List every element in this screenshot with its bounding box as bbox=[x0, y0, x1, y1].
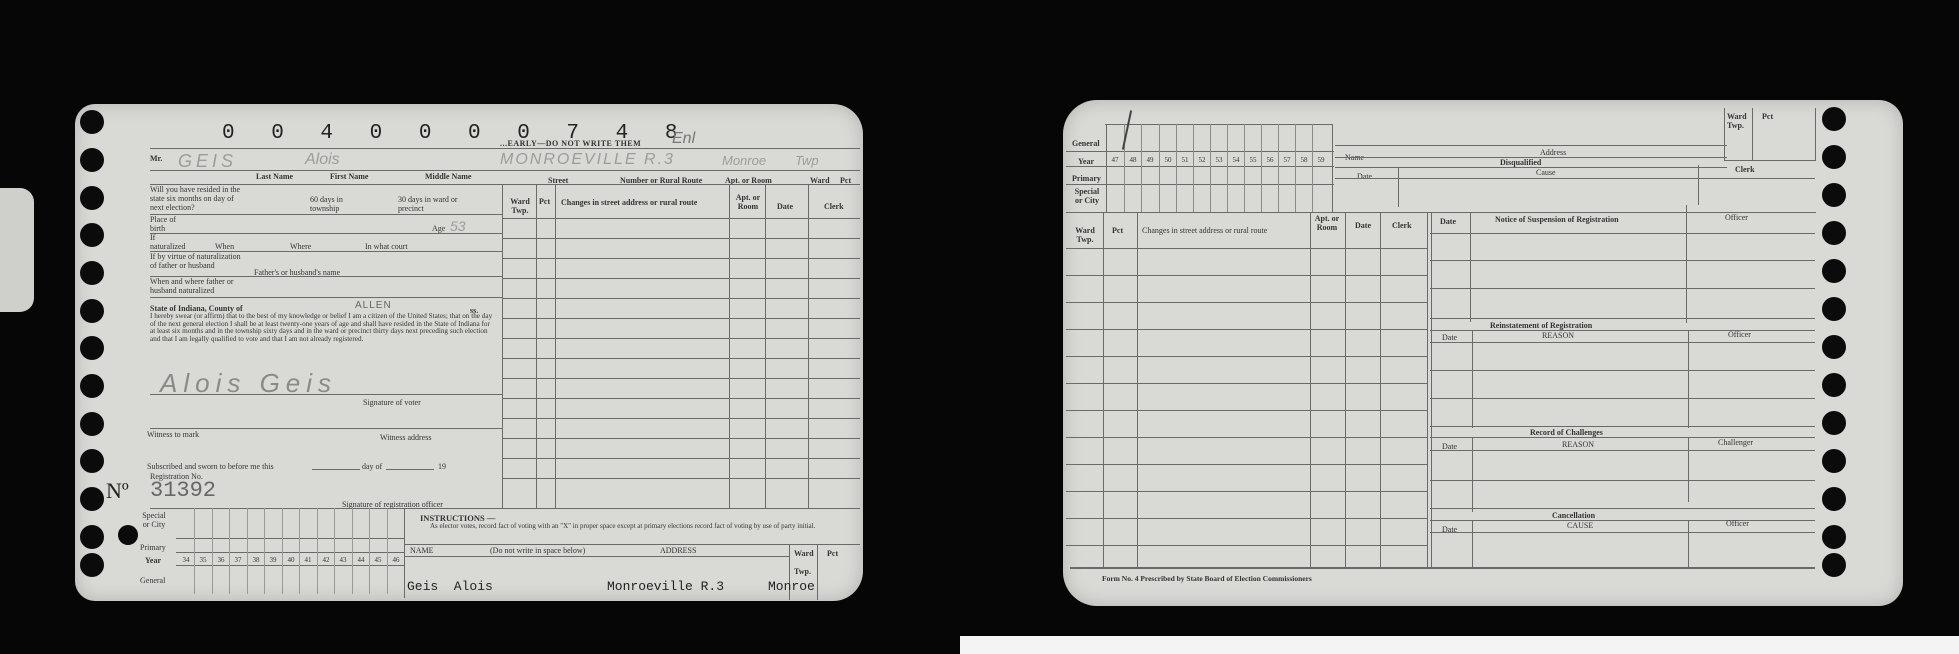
back-grid-label-special: Special or City bbox=[1072, 187, 1102, 205]
oath-text: I hereby swear (or affirm) that to the b… bbox=[150, 313, 495, 343]
punch-hole bbox=[80, 261, 104, 285]
punch-hole bbox=[1822, 297, 1846, 321]
grid-label-general: General bbox=[140, 576, 165, 585]
changes-header-ward: Ward Twp. bbox=[506, 197, 534, 215]
challenges-header-reason: REASON bbox=[1562, 440, 1594, 449]
rule bbox=[1345, 212, 1346, 567]
rule bbox=[1430, 318, 1815, 319]
naturalized-label: If naturalized bbox=[150, 233, 190, 251]
rule bbox=[502, 278, 860, 279]
day-of-label: day of bbox=[362, 462, 382, 471]
year-cell: 46 bbox=[388, 556, 404, 564]
rule bbox=[334, 508, 335, 594]
back-date-label: Date bbox=[1357, 172, 1372, 181]
instructions-text: As elector votes, record fact of voting … bbox=[430, 523, 840, 531]
punch-hole bbox=[80, 186, 104, 210]
typed-name: Geis Alois bbox=[407, 579, 493, 594]
rule bbox=[150, 214, 502, 215]
year-cell: 58 bbox=[1296, 156, 1312, 164]
grid-label-primary: Primary bbox=[140, 543, 166, 552]
punch-hole bbox=[1822, 335, 1846, 359]
rule bbox=[1470, 212, 1471, 322]
rule bbox=[386, 469, 434, 470]
back-disqualified-label: Disqualified bbox=[1500, 158, 1541, 167]
handwritten-note: Enl bbox=[672, 130, 695, 148]
reinstatement-header-officer: Officer bbox=[1728, 330, 1751, 339]
rule bbox=[150, 148, 860, 149]
rule bbox=[502, 318, 860, 319]
year-cell: 34 bbox=[178, 556, 194, 564]
back-clerk-label: Clerk bbox=[1735, 165, 1755, 174]
dark-strip bbox=[960, 636, 1959, 654]
back-cause-label: Cause bbox=[1536, 168, 1556, 177]
witness-address-label: Witness address bbox=[380, 433, 431, 442]
grid-label-special: Special or City bbox=[140, 511, 168, 529]
back-changes-header-clerk: Clerk bbox=[1392, 221, 1412, 230]
back-grid-label-primary: Primary bbox=[1072, 174, 1101, 183]
back-changes-header-apt: Apt. or Room bbox=[1312, 214, 1342, 232]
rule bbox=[502, 238, 860, 239]
rule bbox=[150, 297, 502, 298]
rule bbox=[1472, 437, 1473, 512]
rule bbox=[1688, 330, 1689, 428]
rule bbox=[1472, 330, 1473, 428]
punch-hole bbox=[1822, 487, 1846, 511]
rule bbox=[808, 184, 809, 508]
rule bbox=[282, 508, 283, 594]
reinstatement-title: Reinstatement of Registration bbox=[1490, 321, 1592, 330]
grid-label-year: Year bbox=[145, 556, 161, 565]
suspension-header-notice: Notice of Suspension of Registration bbox=[1495, 215, 1619, 224]
rule bbox=[729, 184, 730, 508]
year-cell: 44 bbox=[353, 556, 369, 564]
rule bbox=[1430, 437, 1815, 438]
back-changes-header-address: Changes in street address or rural route bbox=[1142, 226, 1267, 235]
where-label: Where bbox=[290, 242, 311, 251]
rule bbox=[1430, 398, 1815, 399]
rule bbox=[555, 184, 556, 508]
year-cell: 42 bbox=[318, 556, 334, 564]
rule bbox=[1066, 518, 1427, 519]
residence-question: Will you have resided in the state six m… bbox=[150, 185, 242, 212]
rule bbox=[502, 398, 860, 399]
rule bbox=[1430, 450, 1815, 451]
typed-ward: Monroe bbox=[768, 579, 815, 594]
rule bbox=[502, 378, 860, 379]
rule bbox=[369, 508, 370, 594]
rule bbox=[1244, 124, 1245, 212]
township-label: 60 days in township bbox=[310, 195, 370, 213]
rule bbox=[502, 218, 860, 219]
rule bbox=[1261, 124, 1262, 212]
punch-hole bbox=[80, 487, 104, 511]
last-name-value: GEIS bbox=[178, 151, 237, 172]
rule bbox=[502, 458, 860, 459]
rule bbox=[536, 184, 537, 508]
year-cell: 57 bbox=[1279, 156, 1295, 164]
punch-hole bbox=[1822, 373, 1846, 397]
rule bbox=[817, 544, 818, 600]
year-cell: 40 bbox=[283, 556, 299, 564]
year-cell: 59 bbox=[1313, 156, 1329, 164]
back-changes-header-pct: Pct bbox=[1112, 226, 1123, 235]
ward-days-label: 30 days in ward or precinct bbox=[398, 195, 468, 213]
rule bbox=[1070, 567, 1815, 569]
year-cell: 48 bbox=[1125, 156, 1141, 164]
rule bbox=[1066, 302, 1427, 303]
back-grid-label-year: Year bbox=[1078, 157, 1094, 166]
rule bbox=[1430, 370, 1815, 371]
challenges-title: Record of Challenges bbox=[1530, 428, 1603, 437]
year-cell: 54 bbox=[1228, 156, 1244, 164]
rule bbox=[1312, 124, 1313, 212]
rule bbox=[150, 233, 502, 234]
rule bbox=[1066, 356, 1427, 357]
year-cell: 52 bbox=[1194, 156, 1210, 164]
suspension-header-officer: Officer bbox=[1725, 213, 1748, 222]
punch-hole bbox=[80, 449, 104, 473]
punch-hole bbox=[80, 336, 104, 360]
rule bbox=[502, 338, 860, 339]
changes-header-date: Date bbox=[777, 202, 793, 211]
year-cell: 47 bbox=[1107, 156, 1123, 164]
rule bbox=[1105, 124, 1333, 125]
rule bbox=[1137, 212, 1138, 567]
punch-hole bbox=[1822, 411, 1846, 435]
rule bbox=[229, 508, 230, 594]
changes-header-apt: Apt. or Room bbox=[733, 193, 763, 211]
rule bbox=[150, 170, 860, 171]
instructions-twp-label: Twp. bbox=[794, 567, 811, 576]
rule bbox=[1066, 212, 1816, 213]
punch-hole bbox=[80, 299, 104, 323]
rule bbox=[1686, 205, 1687, 323]
instructions-address-label: ADDRESS bbox=[660, 546, 696, 555]
back-grid-label-general: General bbox=[1072, 139, 1100, 148]
rule bbox=[502, 438, 860, 439]
rule bbox=[1430, 260, 1815, 261]
rule bbox=[299, 508, 300, 594]
rule bbox=[1106, 124, 1107, 212]
rule bbox=[1430, 288, 1815, 289]
year-cell: 45 bbox=[370, 556, 386, 564]
rule bbox=[765, 184, 766, 508]
year-cell: 51 bbox=[1177, 156, 1193, 164]
rule bbox=[1193, 124, 1194, 212]
form-footer: Form No. 4 Prescribed by State Board of … bbox=[1102, 574, 1312, 583]
punch-hole bbox=[1822, 183, 1846, 207]
back-ward-twp-label: Ward Twp. bbox=[1727, 112, 1751, 130]
street-value: MONROEVILLE R.3 bbox=[500, 151, 675, 169]
rule bbox=[502, 418, 860, 419]
header-notice: ...EARLY—DO NOT WRITE THEM bbox=[500, 139, 641, 148]
rule bbox=[1227, 124, 1228, 212]
rule bbox=[1380, 212, 1381, 567]
rule bbox=[1398, 167, 1399, 207]
rule bbox=[1430, 233, 1815, 234]
punch-hole bbox=[1822, 107, 1846, 131]
rule bbox=[1430, 520, 1815, 521]
back-changes-header-ward: Ward Twp. bbox=[1071, 226, 1099, 244]
rule bbox=[1210, 124, 1211, 212]
cancellation-header-officer: Officer bbox=[1726, 519, 1749, 528]
punch-hole bbox=[1822, 449, 1846, 473]
suspension-header-date: Date bbox=[1440, 217, 1456, 226]
punch-hole bbox=[80, 412, 104, 436]
rule bbox=[502, 358, 860, 359]
back-changes-header-date: Date bbox=[1355, 221, 1371, 230]
middle-name-label: Middle Name bbox=[425, 172, 471, 181]
year-cell: 37 bbox=[230, 556, 246, 564]
rule bbox=[1430, 480, 1815, 481]
rule bbox=[1472, 520, 1473, 567]
rule bbox=[264, 508, 265, 594]
rule bbox=[1066, 491, 1427, 492]
number-symbol: Nº bbox=[106, 478, 129, 504]
rule bbox=[1066, 329, 1427, 330]
rule bbox=[1430, 426, 1815, 427]
year-cell: 35 bbox=[195, 556, 211, 564]
year-cell: 41 bbox=[300, 556, 316, 564]
rule bbox=[312, 469, 360, 470]
rule bbox=[1310, 212, 1311, 567]
rule bbox=[1335, 145, 1727, 146]
rule bbox=[1430, 508, 1815, 509]
back-pct-label: Pct bbox=[1762, 112, 1773, 121]
age-value: 53 bbox=[450, 218, 466, 234]
subscribed-label: Subscribed and sworn to before me this bbox=[147, 462, 274, 471]
salutation-label: Mr. bbox=[150, 154, 162, 163]
virtue-label: If by virtue of naturalization of father… bbox=[150, 252, 242, 270]
back-address-label: Address bbox=[1540, 148, 1566, 157]
rule bbox=[1141, 124, 1142, 212]
birth-label: Place of birth bbox=[150, 215, 190, 233]
rule bbox=[404, 508, 405, 598]
rule bbox=[1066, 410, 1427, 411]
year-cell: 56 bbox=[1262, 156, 1278, 164]
rule bbox=[1066, 248, 1427, 249]
rule bbox=[1698, 165, 1699, 205]
rule bbox=[1335, 178, 1815, 179]
rule bbox=[1430, 342, 1815, 343]
ward-value: Monroe bbox=[722, 153, 766, 168]
rule bbox=[1066, 275, 1427, 276]
punch-hole bbox=[1822, 259, 1846, 283]
instructions-pct-label: Pct bbox=[827, 549, 838, 558]
punch-hole bbox=[80, 110, 104, 134]
pct-value: Twp bbox=[795, 153, 819, 168]
year-cell: 43 bbox=[335, 556, 351, 564]
year-cell: 39 bbox=[265, 556, 281, 564]
punch-hole bbox=[80, 223, 104, 247]
punch-hole bbox=[80, 553, 104, 577]
year-cell: 53 bbox=[1211, 156, 1227, 164]
when-label: When bbox=[215, 242, 234, 251]
rule bbox=[150, 508, 860, 509]
registration-number: 31392 bbox=[150, 478, 216, 503]
punch-hole bbox=[80, 374, 104, 398]
rule bbox=[1430, 330, 1815, 331]
rule bbox=[1295, 124, 1296, 212]
rule bbox=[1688, 437, 1689, 502]
punch-hole bbox=[1822, 221, 1846, 245]
first-name-label: First Name bbox=[330, 172, 368, 181]
reinstatement-header-date: Date bbox=[1442, 333, 1457, 342]
rule bbox=[1066, 437, 1427, 438]
reinstatement-header-reason: REASON bbox=[1542, 331, 1574, 340]
court-label: In what court bbox=[365, 242, 408, 251]
rule bbox=[212, 508, 213, 594]
year-cell: 49 bbox=[1142, 156, 1158, 164]
rule bbox=[502, 184, 503, 508]
signature-voter-label: Signature of voter bbox=[363, 398, 421, 407]
rule bbox=[247, 508, 248, 594]
rule bbox=[404, 544, 860, 545]
voter-registration-card-back bbox=[1063, 100, 1903, 606]
rule bbox=[1427, 212, 1432, 567]
punch-hole bbox=[1822, 145, 1846, 169]
year-cell: 38 bbox=[248, 556, 264, 564]
rule bbox=[194, 508, 195, 594]
year-label: 19 bbox=[438, 462, 446, 471]
cancellation-header-cause: CAUSE bbox=[1567, 521, 1593, 530]
year-cell: 55 bbox=[1245, 156, 1261, 164]
father-naturalized-label: When and where father or husband natural… bbox=[150, 277, 250, 295]
rule bbox=[1103, 212, 1104, 567]
rule bbox=[352, 508, 353, 594]
punch-hole bbox=[1822, 525, 1846, 549]
punch-hole bbox=[118, 525, 138, 545]
rule bbox=[150, 184, 860, 185]
instructions-name-label: NAME bbox=[410, 546, 434, 555]
year-cell: 36 bbox=[213, 556, 229, 564]
county-value: ALLEN bbox=[355, 300, 392, 311]
rule bbox=[317, 508, 318, 594]
changes-header-pct: Pct bbox=[539, 197, 550, 206]
changes-header-clerk: Clerk bbox=[824, 202, 844, 211]
rule bbox=[1176, 124, 1177, 212]
rule bbox=[1066, 545, 1427, 546]
year-cell: 50 bbox=[1160, 156, 1176, 164]
instructions-ward-label: Ward bbox=[794, 549, 814, 558]
rule bbox=[150, 428, 502, 429]
punch-hole bbox=[80, 148, 104, 172]
rule bbox=[1066, 464, 1427, 465]
rule bbox=[1335, 167, 1727, 168]
rule bbox=[1752, 108, 1753, 160]
age-label: Age bbox=[432, 224, 445, 233]
rule bbox=[387, 508, 388, 594]
rule bbox=[404, 556, 789, 557]
card-edge-tab bbox=[0, 188, 34, 312]
changes-header-address: Changes in street address or rural route bbox=[561, 198, 697, 207]
last-name-label: Last Name bbox=[256, 172, 293, 181]
punch-hole bbox=[1822, 553, 1846, 577]
rule bbox=[1278, 124, 1279, 212]
rule bbox=[1430, 532, 1815, 533]
rule bbox=[1688, 520, 1689, 567]
witness-mark-label: Witness to mark bbox=[147, 430, 199, 439]
rule bbox=[150, 394, 502, 395]
challenges-header-challenger: Challenger bbox=[1718, 438, 1753, 447]
rule bbox=[502, 258, 860, 259]
rule bbox=[502, 478, 860, 479]
punch-hole bbox=[80, 525, 104, 549]
rule bbox=[502, 298, 860, 299]
rule bbox=[1159, 124, 1160, 212]
typed-address: Monroeville R.3 bbox=[607, 579, 724, 594]
rule bbox=[1066, 383, 1427, 384]
cancellation-title: Cancellation bbox=[1552, 511, 1595, 520]
rule bbox=[1332, 124, 1333, 212]
instructions-do-not-write: (Do not write in space below) bbox=[490, 546, 585, 555]
first-name-value: Alois bbox=[305, 151, 340, 169]
